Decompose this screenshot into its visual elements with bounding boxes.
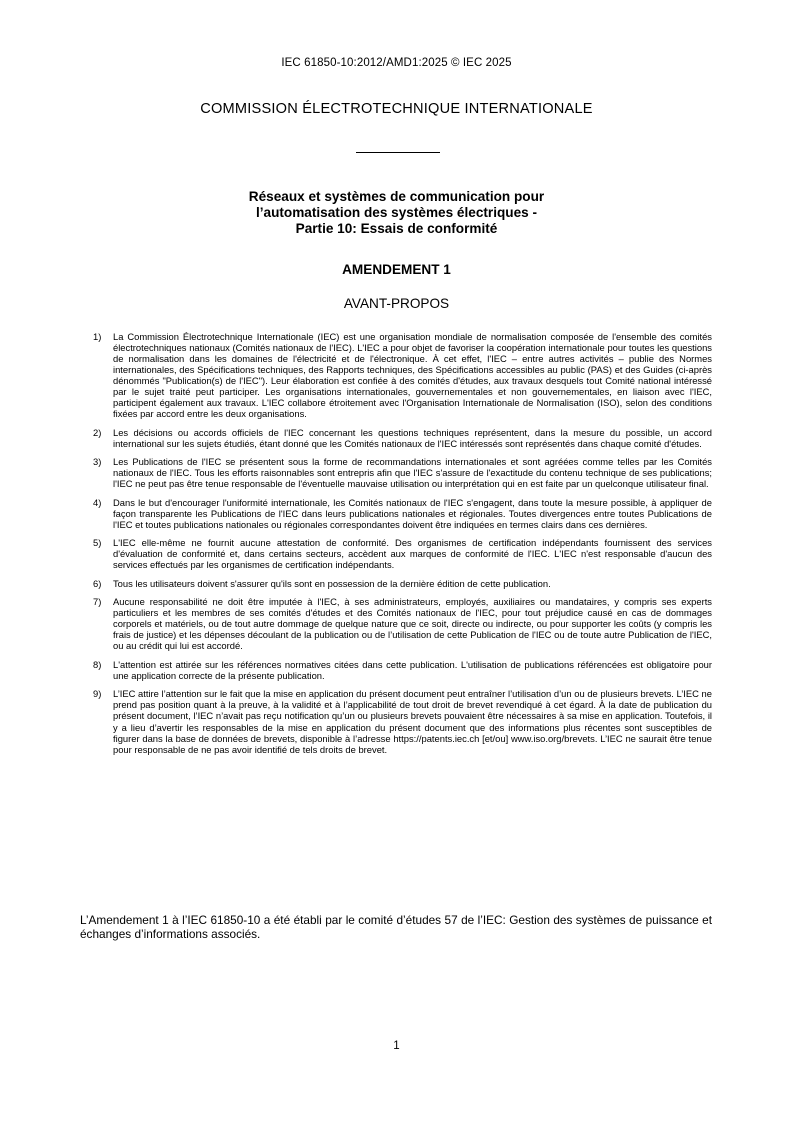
item-text: L'IEC elle-même ne fournit aucune attest…	[113, 537, 712, 570]
foreword-item-6: 6) Tous les utilisateurs doivent s'assur…	[93, 578, 712, 589]
item-text: La Commission Électrotechnique Internati…	[113, 331, 712, 419]
item-text: Les décisions ou accords officiels de l'…	[113, 427, 712, 449]
item-text: Tous les utilisateurs doivent s'assurer …	[113, 578, 551, 589]
title-line: l’automatisation des systèmes électrique…	[0, 205, 793, 221]
foreword-item-7: 7) Aucune responsabilité ne doit être im…	[93, 596, 712, 651]
item-text: Dans le but d'encourager l'uniformité in…	[113, 497, 712, 530]
item-text: Aucune responsabilité ne doit être imput…	[113, 596, 712, 651]
separator-rule	[356, 152, 440, 153]
item-number: 2)	[93, 427, 101, 438]
document-page: IEC 61850-10:2012/AMD1:2025 © IEC 2025 C…	[0, 0, 793, 1122]
item-number: 8)	[93, 659, 101, 670]
item-number: 5)	[93, 537, 101, 548]
item-number: 4)	[93, 497, 101, 508]
foreword-item-3: 3) Les Publications de l'IEC se présente…	[93, 456, 712, 489]
document-reference-header: IEC 61850-10:2012/AMD1:2025 © IEC 2025	[0, 57, 793, 69]
item-text: L'attention est attirée sur les référenc…	[113, 659, 712, 681]
document-title: Réseaux et systèmes de communication pou…	[0, 189, 793, 237]
item-number: 3)	[93, 456, 101, 467]
amendment-label: AMENDEMENT 1	[0, 262, 793, 277]
closing-paragraph: L’Amendement 1 à l’IEC 61850-10 a été ét…	[80, 913, 712, 941]
section-heading-foreword: AVANT-PROPOS	[0, 296, 793, 311]
item-number: 6)	[93, 578, 101, 589]
title-line: Partie 10: Essais de conformité	[0, 221, 793, 237]
title-line: Réseaux et systèmes de communication pou…	[0, 189, 793, 205]
item-number: 9)	[93, 688, 101, 699]
foreword-item-1: 1) La Commission Électrotechnique Intern…	[93, 331, 712, 419]
foreword-item-2: 2) Les décisions ou accords officiels de…	[93, 427, 712, 449]
foreword-item-4: 4) Dans le but d'encourager l'uniformité…	[93, 497, 712, 530]
organization-name: COMMISSION ÉLECTROTECHNIQUE INTERNATIONA…	[0, 101, 793, 117]
foreword-list: 1) La Commission Électrotechnique Intern…	[93, 331, 712, 762]
page-number: 1	[0, 1040, 793, 1052]
foreword-item-8: 8) L'attention est attirée sur les référ…	[93, 659, 712, 681]
foreword-item-5: 5) L'IEC elle-même ne fournit aucune att…	[93, 537, 712, 570]
item-text: L’IEC attire l’attention sur le fait que…	[113, 688, 712, 754]
item-number: 7)	[93, 596, 101, 607]
item-number: 1)	[93, 331, 101, 342]
item-text: Les Publications de l'IEC se présentent …	[113, 456, 712, 489]
foreword-item-9: 9) L’IEC attire l’attention sur le fait …	[93, 688, 712, 754]
